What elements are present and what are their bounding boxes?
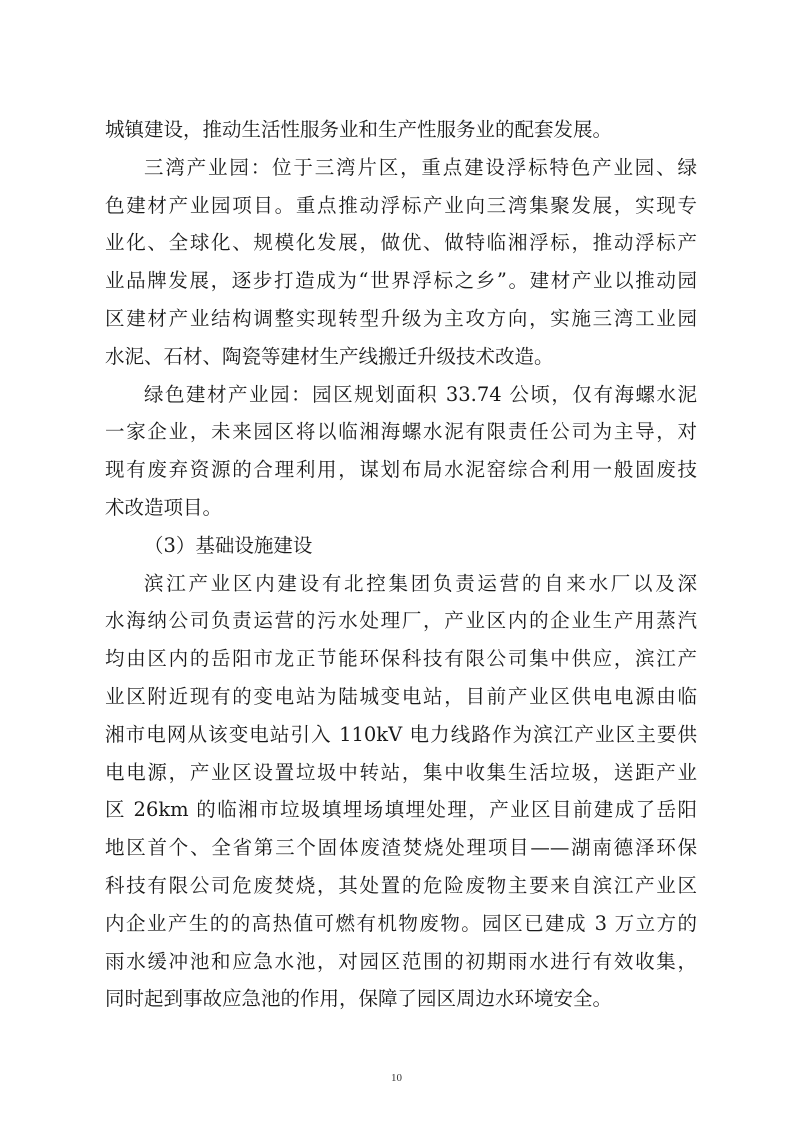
text-line: 同时起到事故应急池的作用，保障了园区周边水环境安全。 <box>105 980 697 1018</box>
text-line: 城镇建设，推动生活性服务业和生产性服务业的配套发展。 <box>105 111 697 149</box>
paragraph-infrastructure: 滨江产业区内建设有北控集团负责运营的自来水厂以及深 <box>105 565 697 603</box>
text-line: 业区附近现有的变电站为陆城变电站，目前产业区供电电源由临 <box>105 678 697 716</box>
text-line: 科技有限公司危废焚烧，其处置的危险废物主要来自滨江产业区 <box>105 867 697 905</box>
text-line: 业品牌发展，逐步打造成为“世界浮标之乡”。建材产业以推动园 <box>105 262 697 300</box>
page-number: 10 <box>0 1072 793 1084</box>
paragraph-sanwan-park: 三湾产业园：位于三湾片区，重点建设浮标特色产业园、绿 <box>105 149 697 187</box>
text-line: 水泥、石材、陶瓷等建材生产线搬迁升级技术改造。 <box>105 338 697 376</box>
text-line: 电电源，产业区设置垃圾中转站，集中收集生活垃圾，送距产业 <box>105 754 697 792</box>
text-line: 区 26km 的临湘市垃圾填埋场填埋处理，产业区目前建成了岳阳 <box>105 791 697 829</box>
text-line: 色建材产业园项目。重点推动浮标产业向三湾集聚发展，实现专 <box>105 187 697 225</box>
text-line: 术改造项目。 <box>105 489 697 527</box>
paragraph-green-building-park: 绿色建材产业园：园区规划面积 33.74 公顷，仅有海螺水泥 <box>105 376 697 414</box>
text-line: 湘市电网从该变电站引入 110kV 电力线路作为滨江产业区主要供 <box>105 716 697 754</box>
section-heading: （3）基础设施建设 <box>105 527 697 565</box>
text-line: 内企业产生的的高热值可燃有机物废物。园区已建成 3 万立方的 <box>105 905 697 943</box>
text-line: 地区首个、全省第三个固体废渣焚烧处理项目——湖南德泽环保 <box>105 829 697 867</box>
text-line: 业化、全球化、规模化发展，做优、做特临湘浮标，推动浮标产 <box>105 224 697 262</box>
text-line: 现有废弃资源的合理利用，谋划布局水泥窑综合利用一般固废技 <box>105 451 697 489</box>
text-line: 雨水缓冲池和应急水池，对园区范围的初期雨水进行有效收集， <box>105 943 697 981</box>
text-line: 区建材产业结构调整实现转型升级为主攻方向，实施三湾工业园 <box>105 300 697 338</box>
text-line: 一家企业，未来园区将以临湘海螺水泥有限责任公司为主导，对 <box>105 413 697 451</box>
body-text: 城镇建设，推动生活性服务业和生产性服务业的配套发展。 三湾产业园：位于三湾片区，… <box>105 111 697 1018</box>
text-line: 水海纳公司负责运营的污水处理厂，产业区内的企业生产用蒸汽 <box>105 602 697 640</box>
text-line: 均由区内的岳阳市龙正节能环保科技有限公司集中供应，滨江产 <box>105 640 697 678</box>
document-page: 城镇建设，推动生活性服务业和生产性服务业的配套发展。 三湾产业园：位于三湾片区，… <box>0 0 793 1122</box>
